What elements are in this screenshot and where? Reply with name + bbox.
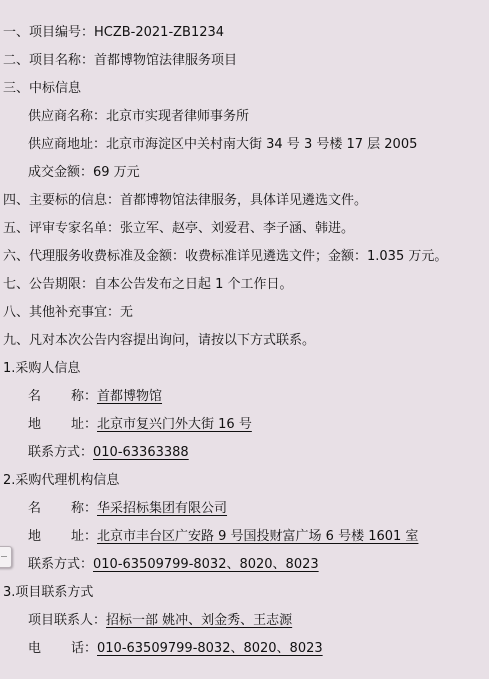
- purchaser-contact-label: 联系方式：: [28, 445, 93, 460]
- other-matters-line: 八、其他补充事宜：无: [3, 299, 489, 327]
- agency-name-label-b: 称：: [71, 501, 97, 516]
- agency-address-link[interactable]: 北京市丰台区广安路 9 号国投财富广场 6 号楼 1601 室: [97, 529, 418, 544]
- project-contact-person-row: 项目联系人：招标一部 姚冲、刘金秀、王志源: [3, 607, 489, 635]
- project-contact-person-link[interactable]: 招标一部 姚冲、刘金秀、王志源: [106, 613, 292, 628]
- purchaser-address-label-a: 地: [28, 411, 71, 439]
- supplier-address-line: 供应商地址：北京市海淀区中关村南大街 34 号 3 号楼 17 层 2005: [3, 131, 489, 159]
- experts-line: 五、评审专家名单：张立军、赵亭、刘爱君、李子涵、韩进。: [3, 215, 489, 243]
- agency-name-label-a: 名: [28, 495, 71, 523]
- purchaser-contact-row: 联系方式：010-63363388: [3, 439, 489, 467]
- agency-contact-link[interactable]: 010-63509799-8032、8020、8023: [93, 557, 319, 572]
- agency-address-row: 地址：北京市丰台区广安路 9 号国投财富广场 6 号楼 1601 室: [3, 523, 489, 551]
- agency-fee-line: 六、代理服务收费标准及金额：收费标准详见遴选文件；金额：1.035 万元。: [3, 243, 489, 271]
- side-collapse-tab[interactable]: [0, 546, 12, 568]
- purchaser-address-row: 地址：北京市复兴门外大街 16 号: [3, 411, 489, 439]
- agency-name-link[interactable]: 华采招标集团有限公司: [97, 501, 227, 516]
- agency-name-row: 名称：华采招标集团有限公司: [3, 495, 489, 523]
- project-contact-phone-link[interactable]: 010-63509799-8032、8020、8023: [97, 641, 323, 656]
- project-contact-phone-row: 电话：010-63509799-8032、8020、8023: [3, 635, 489, 663]
- purchaser-name-label-b: 称：: [71, 389, 97, 404]
- agency-address-label-b: 址：: [71, 529, 97, 544]
- purchaser-address-link[interactable]: 北京市复兴门外大街 16 号: [97, 417, 252, 432]
- deal-amount-line: 成交金额：69 万元: [3, 159, 489, 187]
- agency-contact-row: 联系方式：010-63509799-8032、8020、8023: [3, 551, 489, 579]
- purchaser-heading: 1.采购人信息: [3, 355, 489, 383]
- inquiry-line: 九、凡对本次公告内容提出询问，请按以下方式联系。: [3, 327, 489, 355]
- award-info-heading: 三、中标信息: [3, 75, 489, 103]
- purchaser-contact-link[interactable]: 010-63363388: [93, 445, 189, 460]
- project-contact-phone-label-a: 电: [28, 635, 71, 663]
- agency-contact-label: 联系方式：: [28, 557, 93, 572]
- purchaser-address-label-b: 址：: [71, 417, 97, 432]
- agency-address-label-a: 地: [28, 523, 71, 551]
- project-name-line: 二、项目名称：首都博物馆法律服务项目: [3, 47, 489, 75]
- notice-period-line: 七、公告期限：自本公告发布之日起 1 个工作日。: [3, 271, 489, 299]
- agency-heading: 2.采购代理机构信息: [3, 467, 489, 495]
- project-number-line: 一、项目编号：HCZB-2021-ZB1234: [3, 19, 489, 47]
- purchaser-name-label-a: 名: [28, 383, 71, 411]
- project-contact-person-label: 项目联系人：: [28, 613, 106, 628]
- supplier-name-line: 供应商名称：北京市实现者律师事务所: [3, 103, 489, 131]
- project-contact-phone-label-b: 话：: [71, 641, 97, 656]
- project-contact-heading: 3.项目联系方式: [3, 579, 489, 607]
- purchaser-name-row: 名称：首都博物馆: [3, 383, 489, 411]
- collapse-tab-icon: [1, 556, 7, 557]
- announcement-document: 一、项目编号：HCZB-2021-ZB1234 二、项目名称：首都博物馆法律服务…: [3, 19, 489, 663]
- purchaser-name-link[interactable]: 首都博物馆: [97, 389, 162, 404]
- main-subject-line: 四、主要标的信息：首都博物馆法律服务，具体详见遴选文件。: [3, 187, 489, 215]
